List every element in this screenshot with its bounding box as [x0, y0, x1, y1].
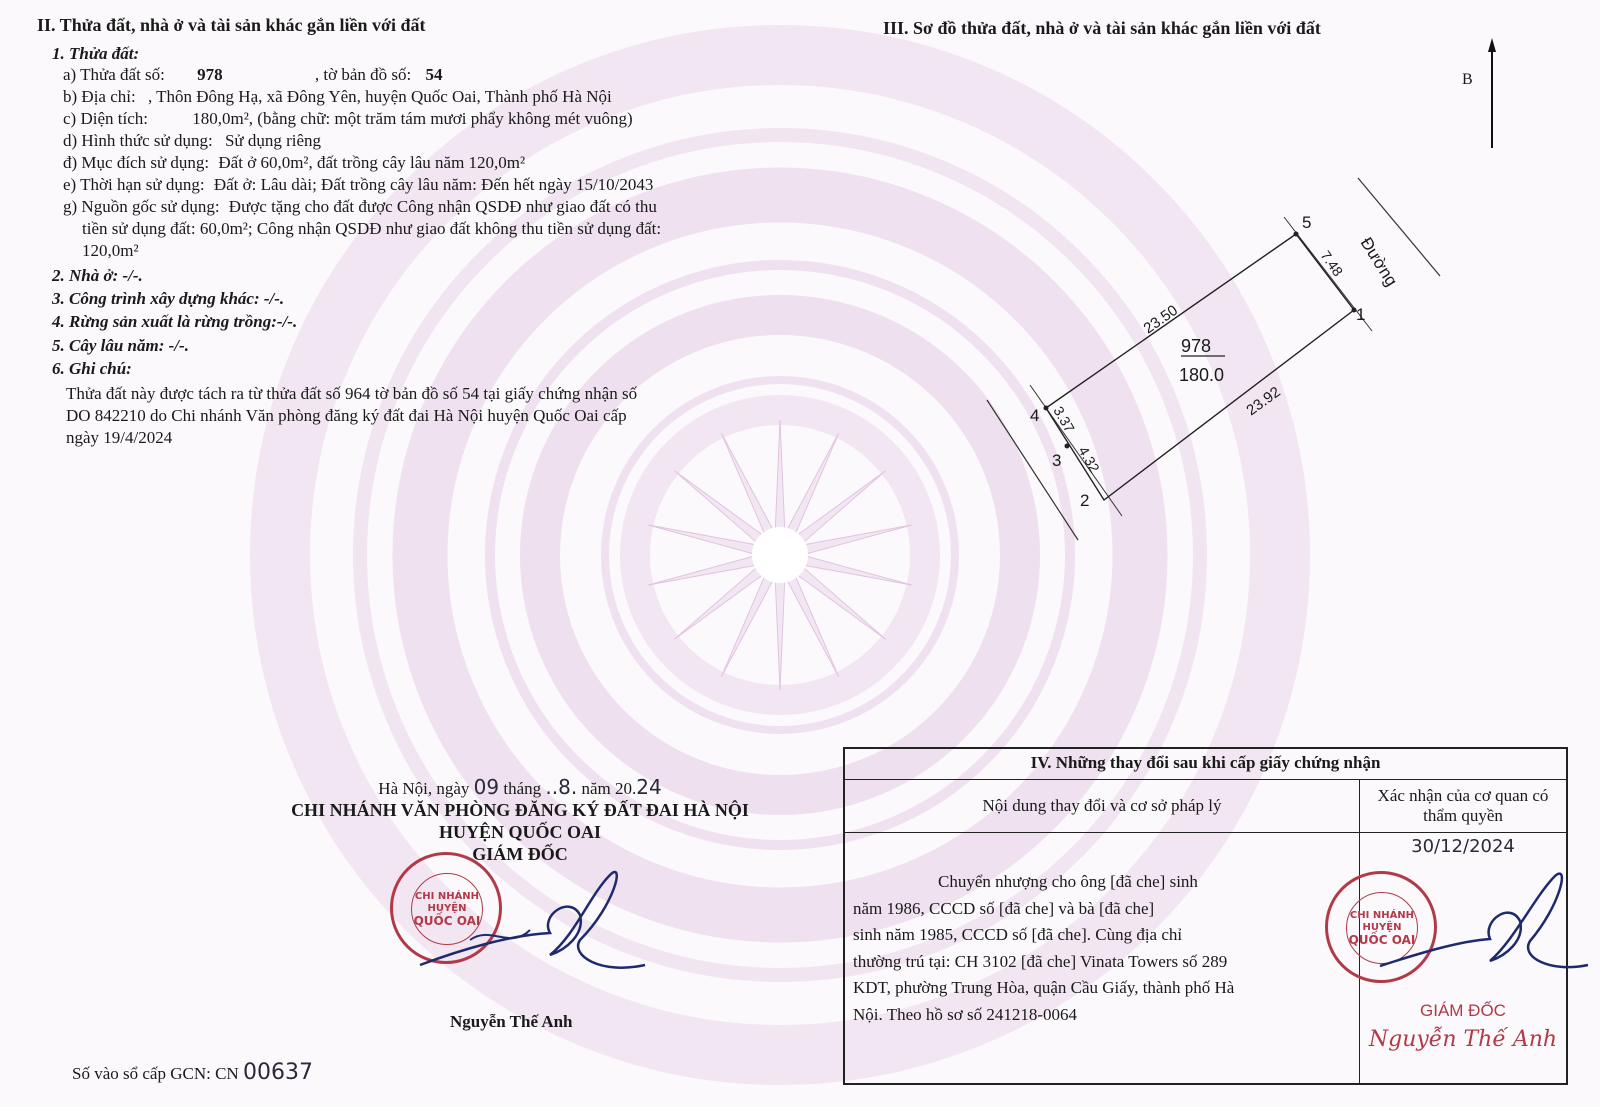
svg-text:978: 978	[1181, 336, 1211, 356]
issuing-org-line1: CHI NHÁNH VĂN PHÒNG ĐĂNG KÝ ĐẤT ĐAI HÀ N…	[270, 799, 770, 821]
confirm-date: 30/12/2024	[1361, 836, 1565, 857]
svg-text:4: 4	[1030, 406, 1039, 425]
registry-label: Số vào sổ cấp GCN: CN	[72, 1064, 239, 1083]
north-arrow-icon	[1488, 38, 1496, 148]
issue-day: 09	[474, 775, 499, 799]
svg-text:5: 5	[1302, 213, 1311, 232]
col-header-confirm: Xác nhận của cơ quan có thẩm quyền	[1360, 780, 1568, 833]
change-line1: Chuyển nhượng cho ông [đã che] sinh	[938, 872, 1198, 891]
month-label: tháng	[503, 779, 541, 798]
date-prefix: Hà Nội, ngày	[378, 779, 469, 798]
svg-text:7.48: 7.48	[1318, 248, 1347, 280]
svg-text:Đường: Đường	[1357, 234, 1402, 290]
confirm-name: Nguyễn Thế Anh	[1360, 1027, 1566, 1052]
change-entry-content: Chuyển nhượng cho ông [đã che] sinh năm …	[844, 833, 1360, 1085]
svg-text:B: B	[1462, 71, 1473, 88]
year-label: năm 20.	[581, 779, 636, 798]
changes-table: IV. Những thay đổi sau khi cấp giấy chứn…	[843, 747, 1568, 1085]
confirm-signature-scribble	[1370, 861, 1590, 981]
col-header-content: Nội dung thay đổi và cơ sở pháp lý	[844, 780, 1360, 833]
signature-block: Hà Nội, ngày 09 tháng ..8. năm 20.24 CHI…	[270, 777, 770, 865]
issue-month: ..8.	[545, 775, 577, 799]
svg-text:2: 2	[1080, 491, 1089, 510]
change-entry-confirmation: 30/12/2024 CHI NHÁNH HUYỆN QUỐC OAI GIÁM…	[1360, 833, 1568, 1085]
registry-value: 00637	[243, 1060, 313, 1085]
signer-name: Nguyễn Thế Anh	[450, 1012, 573, 1032]
svg-text:3: 3	[1052, 451, 1061, 470]
signature-scribble	[400, 855, 650, 985]
svg-text:23.50: 23.50	[1141, 302, 1182, 337]
svg-text:180.0: 180.0	[1179, 365, 1224, 385]
issuing-org-line2: HUYỆN QUỐC OAI	[270, 821, 770, 843]
confirm-role: GIÁM ĐỐC	[1360, 1001, 1566, 1021]
issue-year: 24	[636, 775, 661, 799]
svg-text:1: 1	[1356, 305, 1365, 324]
change-line4: thường trú tại: CH 3102 [đã che] Vinata …	[853, 949, 1351, 976]
change-line2: năm 1986, CCCD số [đã che] và bà [đã che…	[853, 896, 1351, 923]
registry-number: Số vào sổ cấp GCN: CN 00637	[72, 1060, 313, 1085]
issue-date: Hà Nội, ngày 09 tháng ..8. năm 20.24	[270, 777, 770, 799]
section-4-title: IV. Những thay đổi sau khi cấp giấy chứn…	[844, 748, 1567, 780]
svg-text:4.32: 4.32	[1075, 444, 1103, 476]
change-line5: KDT, phường Trung Hòa, quận Cầu Giấy, th…	[853, 975, 1351, 1002]
change-line6: Nội. Theo hồ sơ số 241218-0064	[853, 1002, 1351, 1029]
change-line3: sinh năm 1985, CCCD số [đã che]. Cùng đị…	[853, 922, 1351, 949]
